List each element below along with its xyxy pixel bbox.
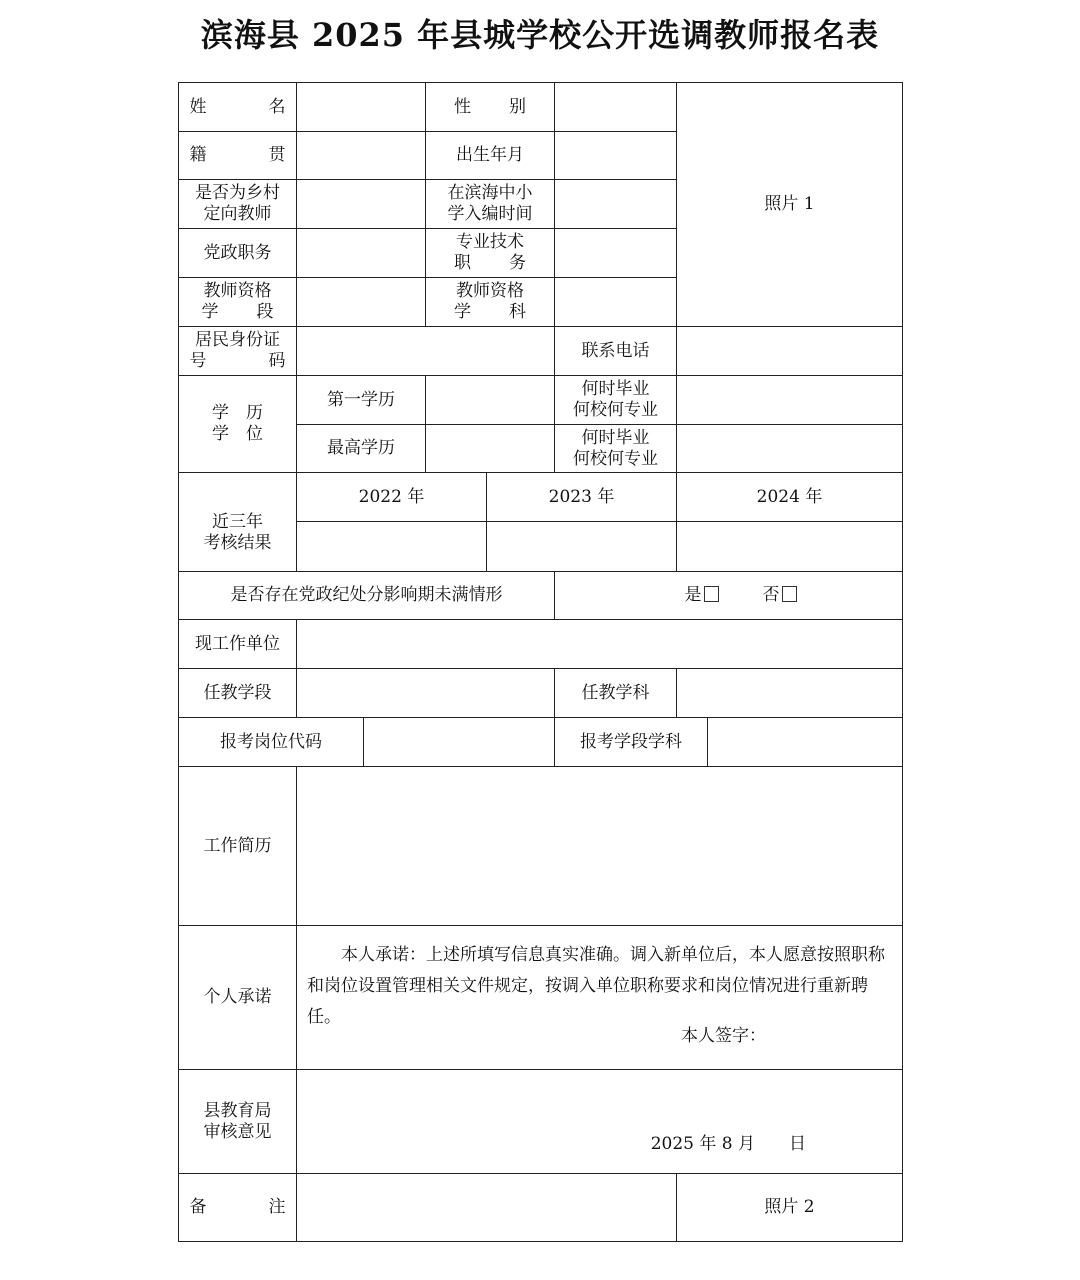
teaching-subject-field[interactable] [676, 668, 903, 718]
gender-label-char2: 别 [509, 97, 526, 118]
party-post-field[interactable] [296, 228, 426, 278]
gender-label: 性别 [425, 82, 555, 132]
enroll-time-line2: 学入编时间 [448, 204, 533, 225]
photo-1-label: 照片 1 [764, 194, 814, 215]
cert-stage-char1: 学 [202, 302, 219, 323]
id-number-line1: 居民身份证 [190, 330, 286, 351]
gender-label-char1: 性 [454, 97, 471, 118]
highest-grad-field[interactable] [676, 424, 903, 473]
review-line1: 县教育局 [204, 1101, 272, 1122]
apply-subject-label: 报考学段学科 [554, 717, 708, 767]
teaching-stage-field[interactable] [296, 668, 555, 718]
year-2024-text: 2024 年 [757, 487, 823, 508]
no-checkbox[interactable] [782, 586, 797, 602]
name-label-char1: 姓 [190, 97, 207, 118]
native-place-char1: 籍 [190, 145, 207, 166]
education-group-line2: 学 位 [212, 424, 263, 445]
name-label-char2: 名 [269, 97, 286, 118]
gender-field[interactable] [554, 82, 677, 132]
cert-subject-field[interactable] [554, 277, 677, 327]
highest-degree-label: 最高学历 [296, 424, 426, 473]
first-grad-field[interactable] [676, 375, 903, 425]
highest-grad-line2: 何校何专业 [573, 449, 658, 470]
pledge-label: 个人承诺 [178, 925, 297, 1070]
signature-label: 本人签字： [681, 1026, 766, 1047]
year-2022-text: 2022 年 [359, 487, 425, 508]
rural-teacher-line2: 定向教师 [195, 204, 280, 225]
birth-label: 出生年月 [425, 131, 555, 180]
phone-label-text: 联系电话 [582, 341, 650, 362]
enroll-time-line1: 在滨海中小 [448, 183, 533, 204]
cert-stage-field[interactable] [296, 277, 426, 327]
teaching-subject-label: 任教学科 [554, 668, 677, 718]
tech-post-field[interactable] [554, 228, 677, 278]
resume-text: 工作简历 [204, 836, 272, 857]
no-text: 否 [763, 585, 780, 605]
native-place-field[interactable] [296, 131, 426, 180]
teaching-stage-text: 任教学段 [204, 683, 272, 704]
cert-stage-line1: 教师资格 [202, 281, 274, 302]
tech-post-line1: 专业技术 [454, 232, 526, 253]
tech-post-char1: 职 [454, 253, 471, 274]
yes-text: 是 [685, 585, 702, 605]
first-degree-label: 第一学历 [296, 375, 426, 425]
review-line2: 审核意见 [204, 1122, 272, 1143]
highest-degree-text: 最高学历 [327, 438, 395, 459]
enroll-time-field[interactable] [554, 179, 677, 229]
id-number-label: 居民身份证号码 [178, 326, 297, 376]
apply-subject-text: 报考学段学科 [580, 732, 682, 753]
name-label: 姓名 [178, 82, 297, 132]
party-post-text: 党政职务 [204, 243, 272, 264]
photo-1-box[interactable]: 照片 1 [676, 82, 903, 327]
discipline-no-option[interactable]: 否 [763, 585, 797, 606]
assessment-2023-field[interactable] [486, 521, 677, 572]
highest-grad-line1: 何时毕业 [573, 428, 658, 449]
review-field[interactable]: 2025 年 8 月 日 [296, 1069, 903, 1174]
rural-teacher-line1: 是否为乡村 [195, 183, 280, 204]
id-number-char1: 号 [190, 351, 207, 372]
remarks-label: 备注 [178, 1173, 297, 1242]
id-number-field[interactable] [296, 326, 555, 376]
tech-post-label: 专业技术职务 [425, 228, 555, 278]
first-grad-line2: 何校何专业 [573, 400, 658, 421]
tech-post-char2: 务 [509, 253, 526, 274]
education-group-line1: 学 历 [212, 403, 263, 424]
pledge-content: 本人承诺：上述所填写信息真实准确。调入新单位后，本人愿意按照职称和岗位设置管理相… [296, 925, 903, 1070]
assessment-label: 近三年考核结果 [178, 472, 297, 572]
work-unit-field[interactable] [296, 619, 903, 669]
year-2023-text: 2023 年 [549, 487, 615, 508]
remarks-char2: 注 [269, 1197, 286, 1218]
rural-teacher-label: 是否为乡村定向教师 [178, 179, 297, 229]
cert-subject-char1: 学 [454, 302, 471, 323]
party-post-label: 党政职务 [178, 228, 297, 278]
first-grad-line1: 何时毕业 [573, 379, 658, 400]
cert-subject-char2: 科 [509, 302, 526, 323]
remarks-field[interactable] [296, 1173, 677, 1242]
photo-2-label: 照片 2 [764, 1197, 814, 1218]
birth-field[interactable] [554, 131, 677, 180]
cert-stage-label: 教师资格学段 [178, 277, 297, 327]
assessment-line1: 近三年 [204, 512, 272, 533]
assessment-year-2023: 2023 年 [486, 472, 677, 522]
work-unit-label: 现工作单位 [178, 619, 297, 669]
resume-field[interactable] [296, 766, 903, 926]
cert-subject-label: 教师资格学科 [425, 277, 555, 327]
remarks-char1: 备 [190, 1197, 207, 1218]
assessment-year-2022: 2022 年 [296, 472, 487, 522]
teaching-subject-text: 任教学科 [582, 683, 650, 704]
first-grad-label: 何时毕业何校何专业 [554, 375, 677, 425]
birth-label-text: 出生年月 [456, 145, 524, 166]
page-title: 滨海县 2025 年县城学校公开选调教师报名表 [0, 10, 1080, 56]
phone-label: 联系电话 [554, 326, 677, 376]
teaching-stage-label: 任教学段 [178, 668, 297, 718]
assessment-year-2024: 2024 年 [676, 472, 903, 522]
cert-stage-char2: 段 [257, 302, 274, 323]
photo-2-box[interactable]: 照片 2 [676, 1173, 903, 1242]
discipline-label: 是否存在党政纪处分影响期未满情形 [178, 571, 555, 620]
cert-subject-line1: 教师资格 [454, 281, 526, 302]
resume-label: 工作简历 [178, 766, 297, 926]
rural-teacher-field[interactable] [296, 179, 426, 229]
work-unit-text: 现工作单位 [195, 634, 280, 655]
native-place-label: 籍贯 [178, 131, 297, 180]
highest-grad-label: 何时毕业何校何专业 [554, 424, 677, 473]
name-field[interactable] [296, 82, 426, 132]
post-code-field[interactable] [363, 717, 555, 767]
assessment-line2: 考核结果 [204, 533, 272, 554]
native-place-char2: 贯 [269, 145, 286, 166]
review-date: 2025 年 8 月 日 [651, 1134, 806, 1155]
enroll-time-label: 在滨海中小学入编时间 [425, 179, 555, 229]
discipline-yes-option[interactable]: 是 [685, 585, 719, 606]
first-degree-text: 第一学历 [327, 390, 395, 411]
yes-checkbox[interactable] [704, 586, 719, 602]
review-label: 县教育局审核意见 [178, 1069, 297, 1174]
education-group-label: 学 历学 位 [178, 375, 297, 473]
pledge-text: 本人承诺：上述所填写信息真实准确。调入新单位后，本人愿意按照职称和岗位设置管理相… [307, 940, 892, 1033]
post-code-text: 报考岗位代码 [220, 732, 322, 753]
discipline-options: 是 否 [554, 571, 903, 620]
id-number-char2: 码 [269, 351, 286, 372]
discipline-text: 是否存在党政纪处分影响期未满情形 [231, 585, 503, 606]
apply-subject-field[interactable] [707, 717, 903, 767]
assessment-2022-field[interactable] [296, 521, 487, 572]
post-code-label: 报考岗位代码 [178, 717, 364, 767]
pledge-label-text: 个人承诺 [204, 987, 272, 1008]
assessment-2024-field[interactable] [676, 521, 903, 572]
first-degree-field[interactable] [425, 375, 555, 425]
phone-field[interactable] [676, 326, 903, 376]
highest-degree-field[interactable] [425, 424, 555, 473]
